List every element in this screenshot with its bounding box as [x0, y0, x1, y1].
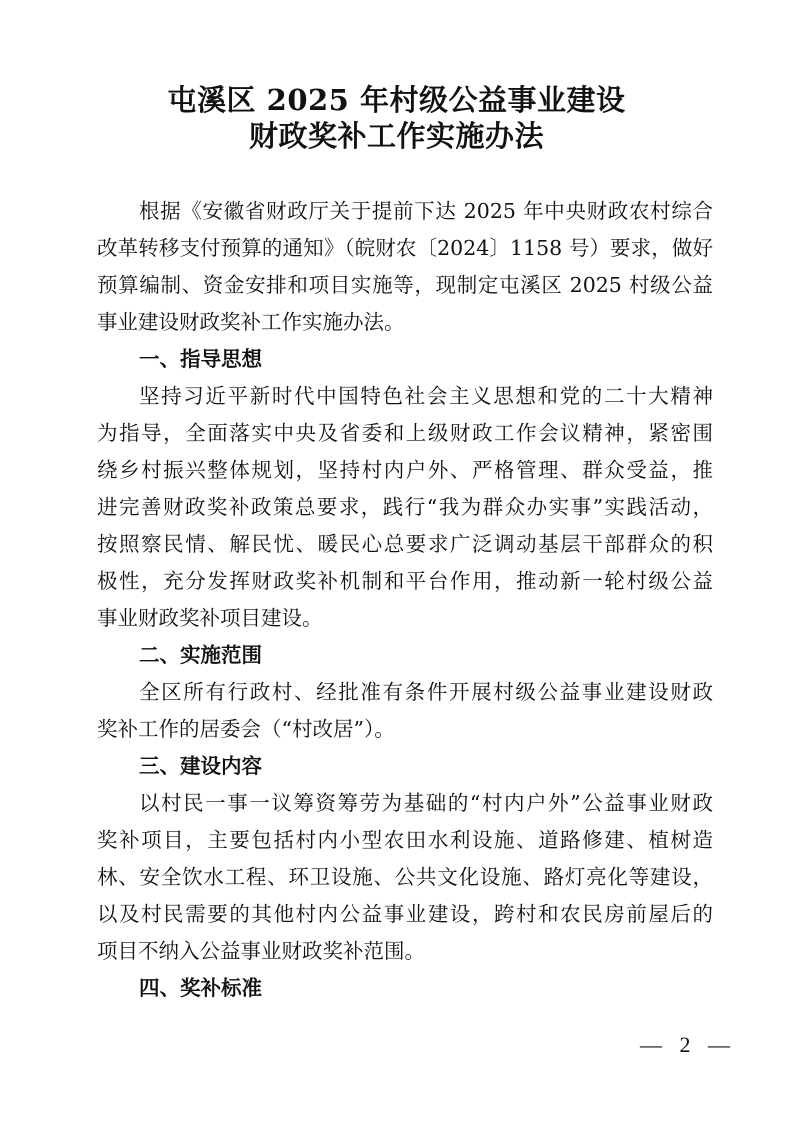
- page-number: — 2 —: [640, 1032, 736, 1058]
- section-text-line: 绕乡村振兴整体规划，坚持村内户外、严格管理、群众受益，推: [97, 452, 713, 489]
- intro-paragraph-line: 改革转移支付预算的通知》（皖财农〔2024〕1158 号）要求，做好: [97, 230, 713, 267]
- document-body: 根据《安徽省财政厅关于提前下达 2025 年中央财政农村综合 改革转移支付预算的…: [97, 193, 713, 1007]
- section-heading-guiding-ideology: 一、指导思想: [97, 341, 713, 378]
- section-heading-scope: 二、实施范围: [97, 637, 713, 674]
- section-text-line: 进完善财政奖补政策总要求，践行“我为群众办实事”实践活动，: [97, 489, 713, 526]
- section-text-line: 奖补项目，主要包括村内小型农田水利设施、道路修建、植树造: [97, 822, 713, 859]
- document-title-line-1: 屯溪区 2025 年村级公益事业建设: [0, 78, 793, 119]
- section-text-line: 以及村民需要的其他村内公益事业建设，跨村和农民房前屋后的: [97, 896, 713, 933]
- intro-paragraph-line: 事业建设财政奖补工作实施办法。: [97, 304, 713, 341]
- intro-paragraph-line: 预算编制、资金安排和项目实施等，现制定屯溪区 2025 村级公益: [97, 267, 713, 304]
- section-text-line: 为指导，全面落实中央及省委和上级财政工作会议精神，紧密围: [97, 415, 713, 452]
- section-text-line: 坚持习近平新时代中国特色社会主义思想和党的二十大精神: [97, 378, 713, 415]
- section-text-line: 奖补工作的居委会（“村改居”）。: [97, 711, 713, 748]
- section-text-line: 项目不纳入公益事业财政奖补范围。: [97, 933, 713, 970]
- section-heading-subsidy-standards: 四、奖补标准: [97, 970, 713, 1007]
- section-text-line: 极性，充分发挥财政奖补机制和平台作用，推动新一轮村级公益: [97, 563, 713, 600]
- section-text-line: 按照察民情、解民忧、暖民心总要求广泛调动基层干部群众的积: [97, 526, 713, 563]
- document-title-line-2: 财政奖补工作实施办法: [0, 114, 793, 155]
- intro-paragraph-line: 根据《安徽省财政厅关于提前下达 2025 年中央财政农村综合: [97, 193, 713, 230]
- section-heading-construction-content: 三、建设内容: [97, 748, 713, 785]
- section-text-line: 以村民一事一议筹资筹劳为基础的“村内户外”公益事业财政: [97, 785, 713, 822]
- section-text-line: 事业财政奖补项目建设。: [97, 600, 713, 637]
- section-text-line: 林、安全饮水工程、环卫设施、公共文化设施、路灯亮化等建设，: [97, 859, 713, 896]
- section-text-line: 全区所有行政村、经批准有条件开展村级公益事业建设财政: [97, 674, 713, 711]
